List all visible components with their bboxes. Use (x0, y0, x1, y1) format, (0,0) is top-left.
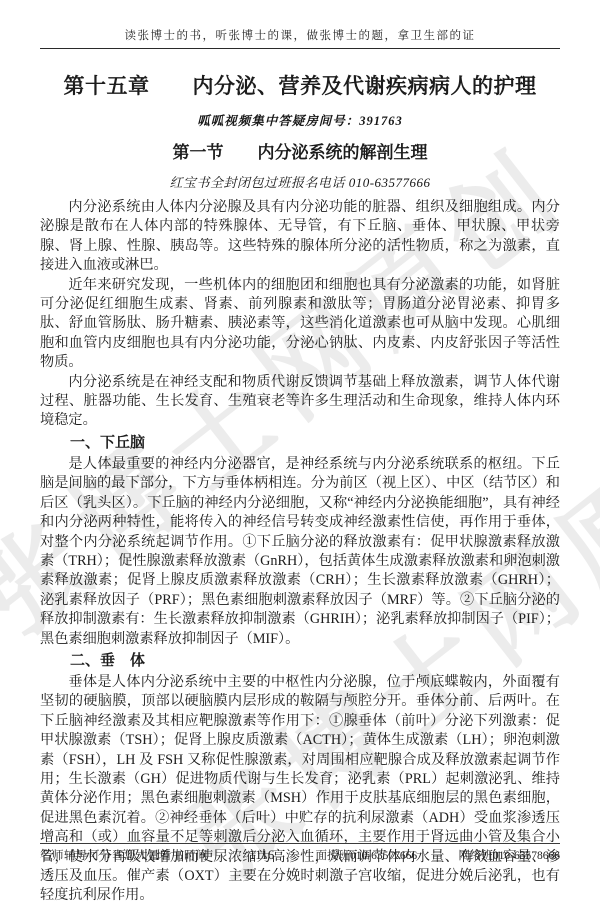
page-number: 1116 (249, 847, 274, 863)
body-text: 内分泌系统由人体内分泌腺及具有内分泌功能的脏器、组织及细胞组成。内分泌腺是散布在… (40, 198, 560, 906)
paragraph-recent-research: 近年来研究发现，一些机体内的细胞团和细胞也具有分泌激素的功能，如肾脏可分泌促红细… (40, 276, 560, 373)
video-room-note: 呱呱视频集中答疑房间号：391763 (40, 111, 560, 129)
heading-pituitary: 二、垂 体 (40, 649, 560, 673)
heading-hypothalamus: 一、下丘脑 (40, 431, 560, 455)
page-footer: 名师辅导可节省您大量看书时间 1116 面授班010-63577666 网络班0… (40, 843, 560, 863)
footer-phone-classroom: 面授班010-63577666 (316, 847, 418, 863)
enroll-phone-note: 红宝书全封闭包过班报名电话 010-63577666 (40, 172, 560, 191)
chapter-title: 第十五章 内分泌、营养及代谢疾病病人的护理 (40, 70, 560, 100)
footer-slogan: 名师辅导可节省您大量看书时间 (40, 847, 208, 863)
header-slogan: 读张博士的书，听张博士的课，做张博士的题，拿卫生部的证 (40, 0, 560, 43)
paragraph-intro: 内分泌系统由人体内分泌腺及具有内分泌功能的脏器、组织及细胞组成。内分泌腺是散布在… (40, 198, 560, 276)
document-page: 张博士网原创 张博士网原创 读张博士的书，听张博士的课，做张博士的题，拿卫生部的… (0, 0, 600, 912)
paragraph-regulation: 内分泌系统是在神经支配和物质代谢反馈调节基础上释放激素，调节人体代谢过程、脏器功… (40, 373, 560, 431)
header-rule (40, 48, 560, 49)
paragraph-pituitary: 垂体是人体内分泌系统中主要的中枢性内分泌腺，位于颅底蝶鞍内，外面覆有坚韧的硬脑膜… (40, 673, 560, 906)
page-content: 读张博士的书，听张博士的课，做张博士的题，拿卫生部的证 第十五章 内分泌、营养及… (0, 0, 600, 906)
paragraph-hypothalamus: 是人体最重要的神经内分泌器官，是神经系统与内分泌系统联系的枢纽。下丘脑是间脑的最… (40, 455, 560, 649)
section-title: 第一节 内分泌系统的解剖生理 (40, 138, 560, 163)
footer-phone-online: 网络班010-63578666 (458, 847, 560, 863)
